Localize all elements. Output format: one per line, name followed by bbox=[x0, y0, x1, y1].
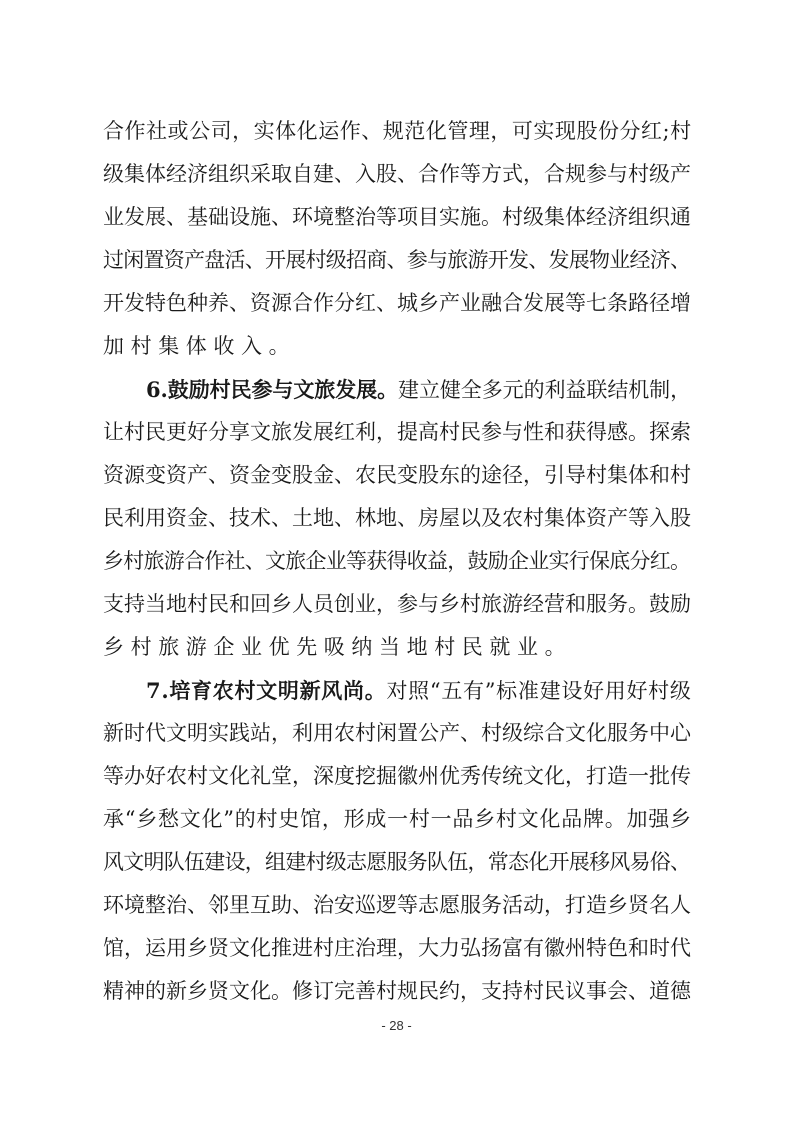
text-line: 馆，运用乡贤文化推进村庄治理，大力弘扬富有徽州特色和时代 bbox=[103, 927, 691, 970]
text-line: 环境整治、邻里互助、治安巡逻等志愿服务活动，打造乡贤名人 bbox=[103, 884, 691, 927]
paragraph-item-7: 7.培育农村文明新风尚。对照“五有”标准建设好用好村级 新时代文明实践站，利用农… bbox=[103, 669, 691, 1013]
paragraph-item-6: 6.鼓励村民参与文旅发展。建立健全多元的利益联结机制， 让村民更好分享文旅发展红… bbox=[103, 368, 691, 669]
text-line: 新时代文明实践站，利用农村闲置公产、村级综合文化服务中心 bbox=[103, 712, 691, 755]
text-line: 加村集体收入。 bbox=[103, 325, 691, 368]
text-line: 风文明队伍建设，组建村级志愿服务队伍，常态化开展移风易俗、 bbox=[103, 841, 691, 884]
paragraph-collective-economy: 合作社或公司，实体化运作、规范化管理，可实现股份分红;村 级集体经济组织采取自建… bbox=[103, 110, 691, 368]
body-text: 合作社或公司，实体化运作、规范化管理，可实现股份分红;村 级集体经济组织采取自建… bbox=[103, 110, 691, 1013]
text-line: 承“乡愁文化”的村史馆，形成一村一品乡村文化品牌。加强乡 bbox=[103, 798, 691, 841]
text-line: 7.培育农村文明新风尚。对照“五有”标准建设好用好村级 bbox=[103, 669, 691, 712]
text-line: 民利用资金、技术、土地、林地、房屋以及农村集体资产等入股 bbox=[103, 497, 691, 540]
text-line: 支持当地村民和回乡人员创业，参与乡村旅游经营和服务。鼓励 bbox=[103, 583, 691, 626]
section-heading-7: 7.培育农村文明新风尚。 bbox=[146, 678, 386, 703]
text-line: 级集体经济组织采取自建、入股、合作等方式，合规参与村级产 bbox=[103, 153, 691, 196]
text-line: 精神的新乡贤文化。修订完善村规民约，支持村民议事会、道德 bbox=[103, 970, 691, 1013]
text-line: 开发特色种养、资源合作分红、城乡产业融合发展等七条路径增 bbox=[103, 282, 691, 325]
text-line: 让村民更好分享文旅发展红利，提高村民参与性和获得感。探索 bbox=[103, 411, 691, 454]
text-line: 乡村旅游合作社、文旅企业等获得收益，鼓励企业实行保底分红。 bbox=[103, 540, 691, 583]
text-line: 6.鼓励村民参与文旅发展。建立健全多元的利益联结机制， bbox=[103, 368, 691, 411]
text-line: 业发展、基础设施、环境整治等项目实施。村级集体经济组织通 bbox=[103, 196, 691, 239]
text-line: 合作社或公司，实体化运作、规范化管理，可实现股份分红;村 bbox=[103, 110, 691, 153]
text-line: 乡村旅游企业优先吸纳当地村民就业。 bbox=[103, 626, 691, 669]
text-line: 过闲置资产盘活、开展村级招商、参与旅游开发、发展物业经济、 bbox=[103, 239, 691, 282]
text-line: 等办好农村文化礼堂，深度挖掘徽州优秀传统文化，打造一批传 bbox=[103, 755, 691, 798]
section-heading-6: 6.鼓励村民参与文旅发展。 bbox=[146, 377, 398, 402]
text-line: 资源变资产、资金变股金、农民变股东的途径，引导村集体和村 bbox=[103, 454, 691, 497]
page-number: - 28 - bbox=[0, 1018, 793, 1033]
document-page: 合作社或公司，实体化运作、规范化管理，可实现股份分红;村 级集体经济组织采取自建… bbox=[0, 0, 793, 1122]
